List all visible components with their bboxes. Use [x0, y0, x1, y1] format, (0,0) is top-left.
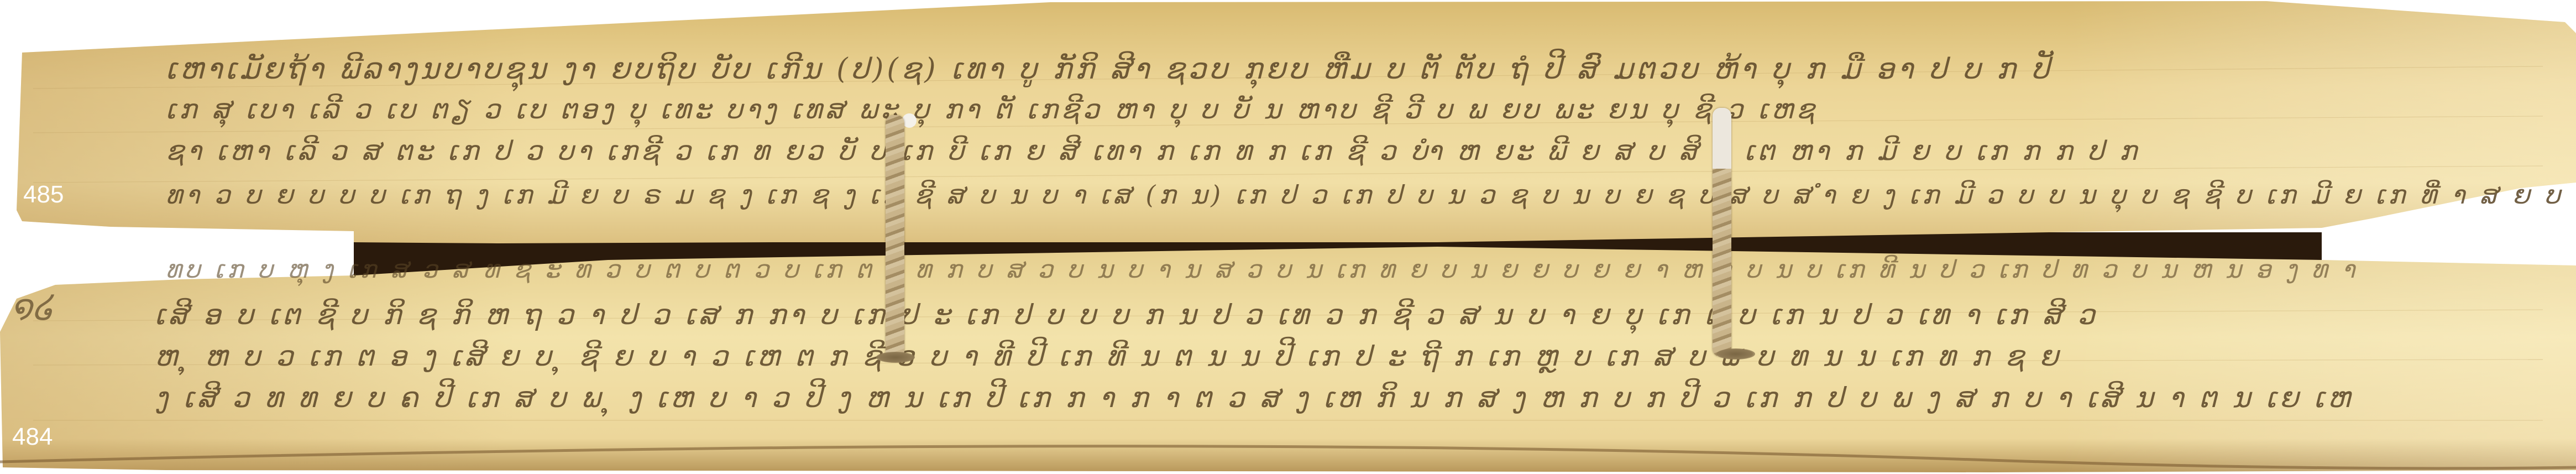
manuscript-photo: ເຫາເມັຍຖ້າ ພີລາງນບາບຊຸນ ງາ ຍບຖິບ ບັບ ເກີ…	[0, 0, 2576, 474]
upper-leaf-line-1: ເຫາເມັຍຖ້າ ພີລາງນບາບຊຸນ ງາ ຍບຖິບ ບັບ ເກີ…	[166, 53, 2053, 86]
upper-leaf-page-number: 485	[23, 183, 64, 207]
cord-knot-icon	[1716, 348, 1755, 360]
lower-leaf-line-3: ຫ ຸ ຫ ບ ວ ເກ ຕ ອ ງ ເສີ ຍ ບ ຸ ຊີ ຍ ບ າ ວ …	[155, 340, 2062, 372]
cord-icon	[1713, 108, 1731, 357]
lower-leaf-line-4: ງ ເສີ ວ ທ ທ ຍ ບ ຄ ປີ ເກ ສ ບ ພ ຸ ງ ເຫ ບ າ…	[155, 382, 2354, 414]
lower-leaf-line-1: ທບ ເກ ບ ຫຸ ງ ເກ ສ ວ ສ ທ ຊ ະ ທ ວ ບ ຕ ບ ຕ …	[166, 256, 2358, 284]
upper-leaf-line-3: ຊາ ເຫາ ເລີ ວ ສ ຕະ ເກ ປ ວ ບາ ເກຊີ ວ ເກ ທ …	[166, 136, 2140, 166]
lower-leaf-margin-mark: ໑໒	[11, 288, 54, 326]
upper-leaf-line-4: ທາ ວ ບ ຍ ບ ບ ບ ເກ ຖ ງ ເກ ມີ ຍ ບ ຣ ມ ຊ ງ …	[166, 180, 2564, 210]
cord-knot-icon	[876, 352, 915, 363]
lower-leaf-line-2: ເສີ ອ ບ ເຕ ຊີ ບ ກິ ຊ ກິ ຫ ຖ ວ າ ປ ວ ເສ ກ…	[155, 299, 2098, 331]
upper-leaf-line-2: ເກ ສຸ ເບາ ເລີ ວ ເບ ຕຽ ວ ເບ ຕອງ ບຸ ເທະ ບາ…	[166, 94, 1818, 125]
lower-leaf-page-number: 484	[12, 425, 53, 449]
cord-icon	[886, 115, 904, 358]
